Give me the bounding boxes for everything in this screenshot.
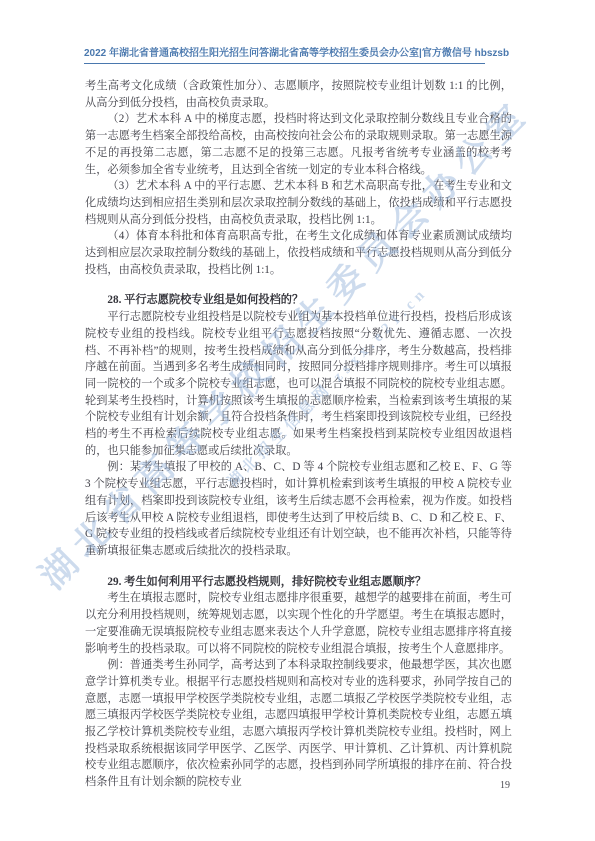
question-28-example: 例：某考生填报了甲校的 A、B、C、D 等 4 个院校专业组志愿和乙校 E、F、… [85,459,512,559]
paragraph-item-3: （3）艺术本科 A 中的平行志愿、艺术本科 B 和艺术高职高专批，在考生专业和文… [85,178,512,228]
header-title: 2022 年湖北省普通高校招生阳光招生问答 [84,44,269,59]
paragraph-continuation: 考生高考文化成绩（含政策性加分）、志愿顺序，按照院校专业组计划数 1:1 的比例… [85,78,512,111]
question-29-example: 例：普通类考生孙同学，高考达到了本科录取控制线要求，他最想学医，其次也愿意学计算… [85,657,512,791]
paragraph-item-2: （2）艺术本科 A 中的梯度志愿，投档时将达到文化录取控制分数线且专业合格的第一… [85,111,512,178]
question-29-answer: 考生在填报志愿时，院校专业组志愿排序很重要，越想学的越要排在前面，考生可以充分利… [85,590,512,657]
page-content: 考生高考文化成绩（含政策性加分）、志愿顺序，按照院校专业组计划数 1:1 的比例… [85,78,512,791]
header-publisher: 湖北省高等学校招生委员会办公室|官方微信号 hbszsb [269,44,509,59]
paragraph-item-4: （4）体育本科批和体育高职高专批，在考生文化成绩和体育专业素质测试成绩均达到相应… [85,228,512,278]
question-29-heading: 29. 考生如何利用平行志愿投档规则，排好院校专业组志愿顺序？ [85,574,512,591]
page-header: 2022 年湖北省普通高校招生阳光招生问答 湖北省高等学校招生委员会办公室|官方… [84,44,485,64]
question-28-heading: 28. 平行志愿院校专业组是如何投档的？ [85,292,512,309]
document-page: 湖北省高等学校招生委员会办公室 湖北招生信息网 zsxx.e21.cn 2022… [0,0,595,841]
question-28-answer: 平行志愿院校专业组投档是以院校专业组为基本投档单位进行投档，投档后形成该院校专业… [85,309,512,459]
